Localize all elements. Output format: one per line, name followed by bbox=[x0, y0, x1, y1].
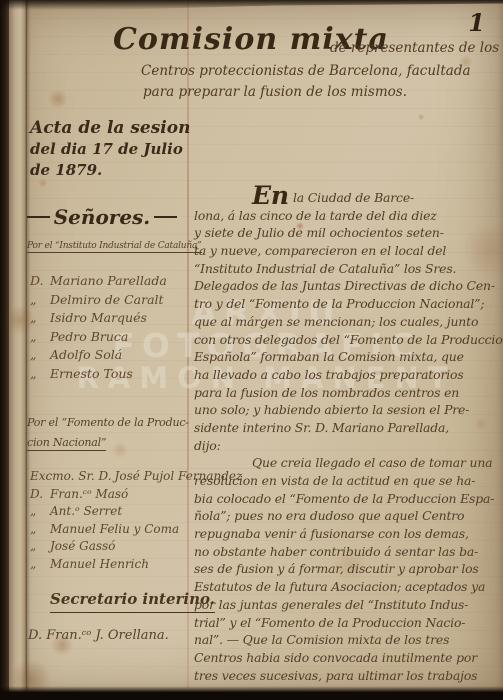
page-under-edge bbox=[8, 0, 26, 700]
attendee-row: „Adolfo Solá bbox=[30, 346, 190, 365]
bottom-shadow-edge bbox=[0, 686, 503, 700]
body-line: Estatutos de la futura Asociacion; acept… bbox=[194, 578, 503, 596]
attendee-name: Pedro Bruca bbox=[50, 329, 128, 344]
group2-label-line-2: cion Nacional” bbox=[27, 436, 106, 451]
attendee-prefix: D. bbox=[30, 272, 50, 291]
attendee-name: Ant.ᵒ Serret bbox=[50, 504, 122, 518]
document-subtitle-1: de representantes de los bbox=[330, 40, 499, 56]
attendee-row: „Delmiro de Caralt bbox=[30, 291, 190, 310]
attendee-name: José Gassó bbox=[50, 539, 115, 553]
body-line-text: la Ciudad de Barce- bbox=[293, 190, 414, 205]
attendee-name: Manuel Feliu y Coma bbox=[50, 522, 179, 536]
attendee-prefix: D. bbox=[30, 486, 50, 504]
attendee-name: Adolfo Solá bbox=[50, 347, 122, 362]
attendee-row: „Pedro Bruca bbox=[30, 328, 190, 347]
session-heading-line-3: de 1879. bbox=[30, 160, 190, 181]
body-line: y siete de Julio de mil ochocientos sete… bbox=[194, 224, 503, 242]
attendee-name: Fran.ᶜᵒ Masó bbox=[50, 487, 128, 501]
decorative-dash-right bbox=[154, 216, 177, 218]
document-subtitle-3: para preparar la fusion de los mismos. bbox=[143, 84, 407, 100]
body-line: Delegados de las Juntas Directivas de di… bbox=[194, 277, 503, 295]
body-line: dijo: bbox=[194, 437, 503, 455]
group1-name-list: D.Mariano Parellada „Delmiro de Caralt „… bbox=[30, 272, 190, 384]
group2-name-list: Excmo. Sr. D.José Pujol Fernandez D.Fran… bbox=[30, 468, 190, 574]
body-line: lona, á las cinco de la tarde del dia di… bbox=[194, 207, 503, 225]
body-line: resolucion en vista de la actitud en que… bbox=[194, 472, 503, 490]
minutes-body-text: Enla Ciudad de Barce- lona, á las cinco … bbox=[194, 189, 503, 684]
body-line: que al márgen se mencionan; los cuales, … bbox=[194, 313, 503, 331]
body-line: Que creia llegado el caso de tomar una bbox=[194, 454, 503, 472]
attendee-prefix: „ bbox=[30, 346, 50, 365]
left-margin-rule bbox=[26, 0, 27, 688]
session-heading-line-1: Acta de la sesion bbox=[30, 118, 190, 139]
attendee-prefix: „ bbox=[30, 328, 50, 347]
attendee-row: „Manuel Feliu y Coma bbox=[30, 521, 190, 539]
attendee-name: Isidro Marqués bbox=[50, 310, 147, 325]
book-binding-edge bbox=[0, 0, 9, 700]
body-line: por las juntas generales del “Instituto … bbox=[194, 596, 503, 614]
attendee-prefix: „ bbox=[30, 309, 50, 328]
session-heading: Acta de la sesion del dia 17 de Julio de… bbox=[30, 118, 190, 181]
body-line: repugnaba venir á fusionarse con los dem… bbox=[194, 525, 503, 543]
body-line: ñola”; pues no era dudoso que aquel Cent… bbox=[194, 507, 503, 525]
attendee-row: „Manuel Henrich bbox=[30, 556, 190, 574]
attendee-prefix: „ bbox=[30, 291, 50, 310]
body-line: tro y del “Fomento de la Produccion Naci… bbox=[194, 295, 503, 313]
attendee-row: „Isidro Marqués bbox=[30, 309, 190, 328]
body-line: bia colocado el “Fomento de la Produccio… bbox=[194, 490, 503, 508]
attendee-prefix: Excmo. Sr. D. bbox=[30, 468, 112, 486]
body-line: para la fusion de los nombrados centros … bbox=[194, 384, 503, 402]
group1-label: Por el “Instituto Industrial de Cataluña… bbox=[27, 241, 202, 253]
document-subtitle-2: Centros proteccionistas de Barcelona, fa… bbox=[141, 63, 471, 79]
attendee-row: „José Gassó bbox=[30, 538, 190, 556]
attendee-row: D.Mariano Parellada bbox=[30, 272, 190, 291]
body-line: con otros delegados del “Fomento de la P… bbox=[194, 331, 503, 349]
body-line: “Instituto Industrial de Cataluña” los S… bbox=[194, 260, 503, 278]
body-line: Centros habia sido convocada inutilmente… bbox=[194, 649, 503, 667]
attendee-prefix: „ bbox=[30, 365, 50, 384]
attendee-prefix: „ bbox=[30, 521, 50, 539]
session-heading-line-2: del dia 17 de Julio bbox=[30, 139, 190, 160]
attendee-prefix: „ bbox=[30, 503, 50, 521]
body-line: Española” formaban la Comision mixta, qu… bbox=[194, 348, 503, 366]
attendees-heading-label: Señores. bbox=[54, 205, 151, 229]
body-line: uno solo; y habiendo abierto la sesion e… bbox=[194, 401, 503, 419]
body-line: ha llevado a cabo los trabajos preparato… bbox=[194, 366, 503, 384]
body-line: no obstante haber contribuido á sentar l… bbox=[194, 543, 503, 561]
body-line: ses de fusion y á formar, discutir y apr… bbox=[194, 560, 503, 578]
attendee-name: Mariano Parellada bbox=[50, 273, 167, 288]
body-line: trial” y el “Fomento de la Produccion Na… bbox=[194, 614, 503, 632]
attendees-heading: Señores. bbox=[27, 205, 177, 229]
secretary-heading: Secretario interino. bbox=[50, 590, 215, 613]
drop-cap: En bbox=[252, 181, 289, 210]
attendee-row: Excmo. Sr. D.José Pujol Fernandez bbox=[30, 468, 190, 486]
attendee-prefix: „ bbox=[30, 538, 50, 556]
body-line: sidente interino Sr. D. Mariano Parellad… bbox=[194, 419, 503, 437]
attendee-name: Manuel Henrich bbox=[50, 557, 149, 571]
body-line: tres veces sucesivas, para ultimar los t… bbox=[194, 667, 503, 685]
attendee-name: Ernesto Tous bbox=[50, 366, 133, 381]
page-number: 1 bbox=[468, 8, 485, 37]
attendee-row: „Ant.ᵒ Serret bbox=[30, 503, 190, 521]
body-line: ta y nueve, comparecieron en el local de… bbox=[194, 242, 503, 260]
attendee-row: D.Fran.ᶜᵒ Masó bbox=[30, 486, 190, 504]
group2-label-line-1: Por el “Fomento de la Produc- bbox=[27, 416, 189, 430]
body-line: Enla Ciudad de Barce- bbox=[194, 189, 503, 207]
attendee-prefix: „ bbox=[30, 556, 50, 574]
body-line: nal”. — Que la Comision mixta de los tre… bbox=[194, 631, 503, 649]
attendee-row: „Ernesto Tous bbox=[30, 365, 190, 384]
manuscript-scan: ARXIU FOTOGRAFIC RAMON MANENT 1 Comision… bbox=[0, 0, 503, 700]
attendee-name: Delmiro de Caralt bbox=[50, 292, 164, 307]
decorative-dash-left bbox=[27, 216, 50, 218]
secretary-name: D. Fran.ᶜᵒ J. Orellana. bbox=[28, 628, 169, 643]
